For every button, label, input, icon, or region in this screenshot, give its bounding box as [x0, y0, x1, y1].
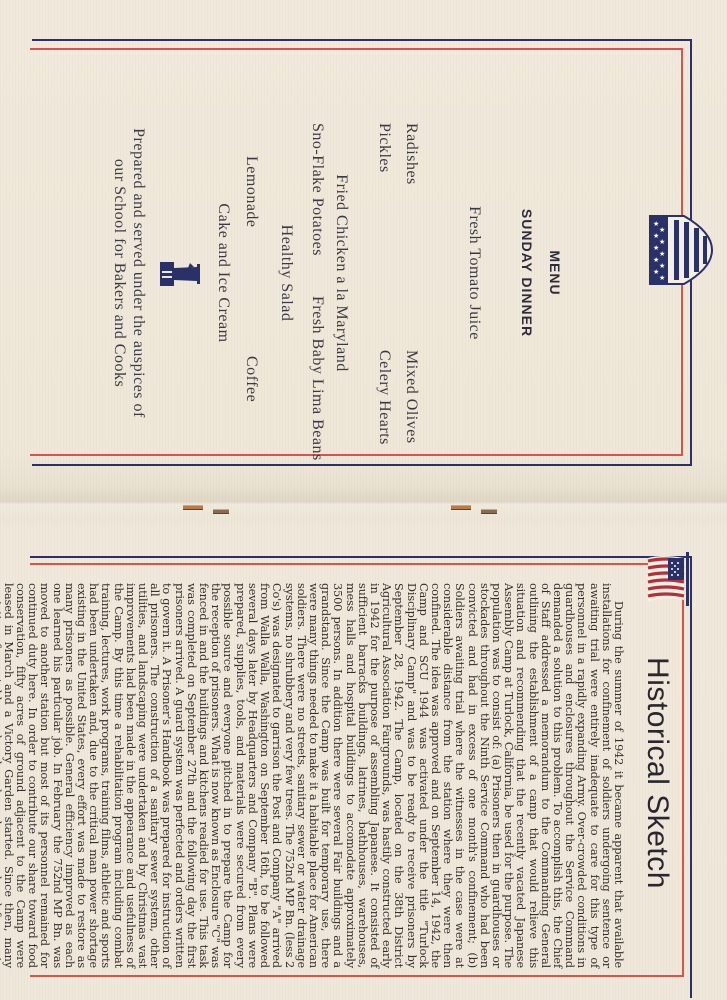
history-panel: Historical Sketch During the summer of 1…	[32, 573, 682, 973]
statue-of-liberty-icon	[158, 258, 200, 290]
history-title: Historical Sketch	[640, 573, 674, 973]
menu-panel: MENU SUNDAY DINNER Fresh Tomato Juice Ra…	[0, 78, 578, 468]
menu-item: Fresh Baby Lima Beans	[308, 296, 326, 461]
menu-item: Pickles	[375, 123, 393, 173]
footer-line: Prepared and served under the auspices o…	[129, 78, 148, 468]
staple	[183, 505, 203, 510]
history-body: During the summer of 1942 it became appa…	[0, 583, 624, 968]
staple	[213, 509, 229, 514]
svg-text:★: ★	[659, 262, 665, 270]
staple	[451, 505, 471, 510]
footer-line: our School for Bakers and Cooks	[110, 78, 129, 468]
menu-item: Fried Chicken a la Maryland	[332, 78, 350, 468]
svg-text:★: ★	[659, 238, 665, 246]
menu-item: Radishes	[402, 123, 420, 185]
menu-item: Healthy Salad	[277, 78, 295, 468]
svg-text:★: ★	[659, 226, 665, 234]
svg-text:★: ★	[659, 274, 665, 282]
staple	[481, 509, 497, 514]
menu-item: Coffee	[242, 356, 260, 402]
menu-item: Mixed Olives	[402, 350, 420, 444]
menu-item: Celery Hearts	[375, 350, 393, 445]
menu-subtitle: SUNDAY DINNER	[519, 78, 535, 468]
menu-footer: Prepared and served under the auspices o…	[110, 78, 148, 468]
menu-item: Cake and Ice Cream	[214, 78, 232, 468]
menu-title: MENU	[547, 78, 563, 468]
shield-icon: ★★★ ★★★ ★★★ ★	[646, 212, 716, 288]
svg-text:★: ★	[659, 250, 665, 258]
menu-item: Fresh Tomato Juice	[465, 78, 483, 468]
menu-item: Lemonade	[242, 156, 260, 228]
center-fold	[0, 488, 727, 518]
menu-item: Sno-Flake Potatoes	[308, 123, 326, 256]
